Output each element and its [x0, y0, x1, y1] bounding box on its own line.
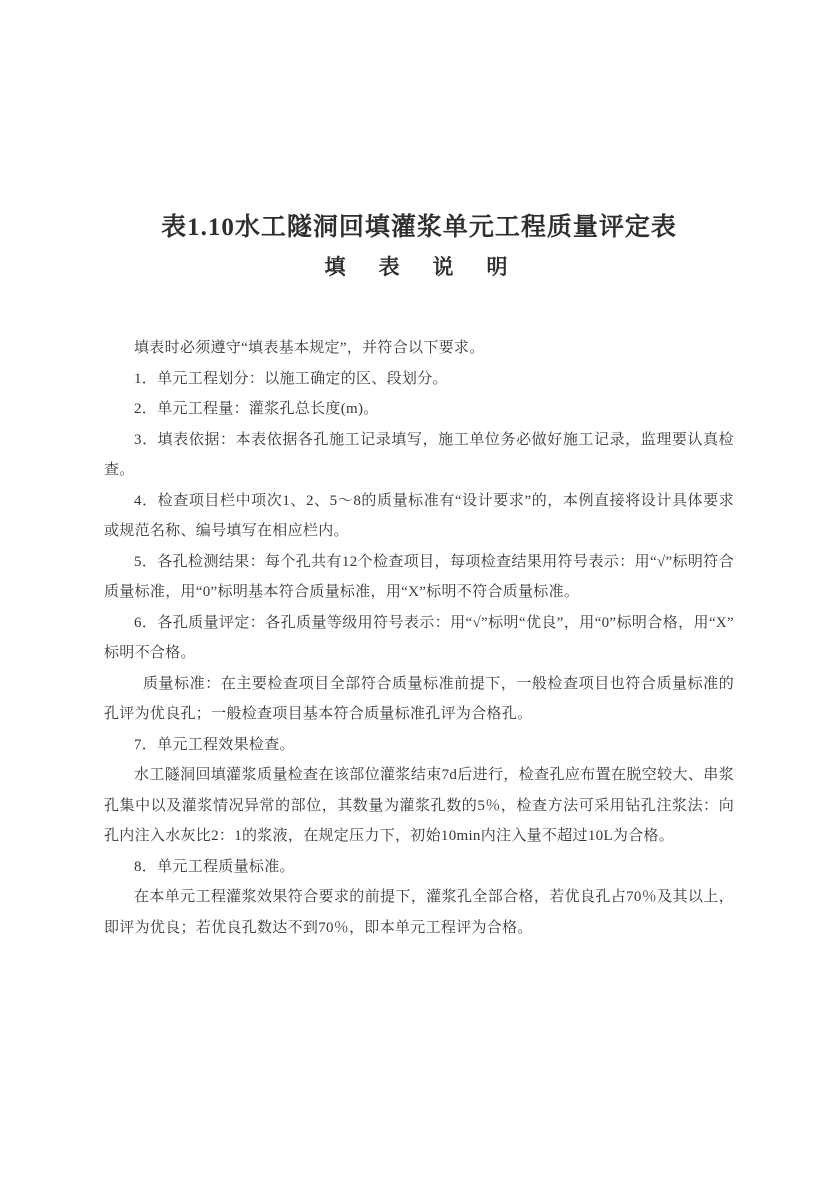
paragraph-item-8: 8．单元工程质量标准。: [104, 852, 734, 883]
paragraph-item-1: 1．单元工程划分：以施工确定的区、段划分。: [104, 364, 734, 395]
paragraph-item-4: 4．检查项目栏中项次1、2、5～8的质量标准有“设计要求”的，本例直接将设计具体…: [104, 486, 734, 547]
paragraph-item-3: 3．填表依据：本表依据各孔施工记录填写，施工单位务必做好施工记录，监理要认真检查…: [104, 425, 734, 486]
paragraph-item-7-detail: 水工隧洞回填灌浆质量检查在该部位灌浆结束7d后进行，检查孔应布置在脱空较大、串浆…: [104, 760, 734, 852]
document-body: 填表时必须遵守“填表基本规定”，并符合以下要求。 1．单元工程划分：以施工确定的…: [104, 333, 734, 943]
paragraph-quality-standard: 质量标准：在主要检查项目全部符合质量标准前提下，一般检查项目也符合质量标准的孔评…: [104, 669, 734, 730]
paragraph-item-2: 2．单元工程量：灌浆孔总长度(m)。: [104, 394, 734, 425]
paragraph-item-8-detail: 在本单元工程灌浆效果符合要求的前提下，灌浆孔全部合格，若优良孔占70％及其以上，…: [104, 882, 734, 943]
document-page: 表1.10水工隧洞回填灌浆单元工程质量评定表 填 表 说 明 填表时必须遵守“填…: [0, 0, 838, 1186]
document-subtitle: 填 表 说 明: [0, 251, 838, 281]
paragraph-item-5: 5．各孔检测结果：每个孔共有12个检查项目，每项检查结果用符号表示：用“√”标明…: [104, 547, 734, 608]
paragraph-item-6: 6．各孔质量评定：各孔质量等级用符号表示：用“√”标明“优良”，用“0”标明合格…: [104, 608, 734, 669]
paragraph-intro: 填表时必须遵守“填表基本规定”，并符合以下要求。: [104, 333, 734, 364]
document-title: 表1.10水工隧洞回填灌浆单元工程质量评定表: [0, 207, 838, 243]
paragraph-item-7: 7．单元工程效果检查。: [104, 730, 734, 761]
